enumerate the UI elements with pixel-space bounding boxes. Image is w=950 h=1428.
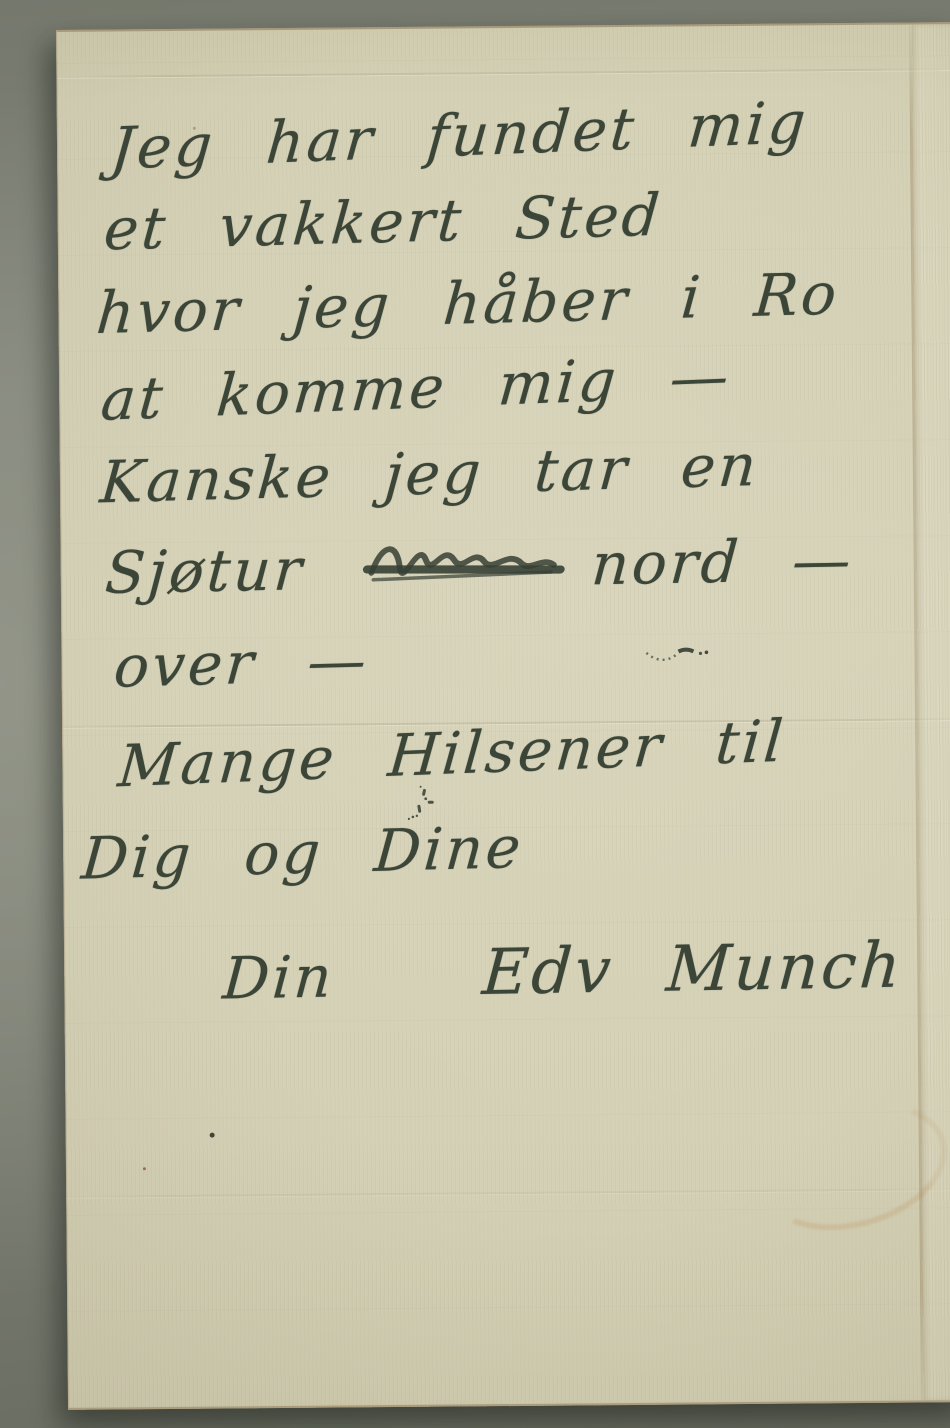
closing-line: DinEdv Munch [220,930,905,1014]
letter-line-4: at komme mig — [98,343,734,434]
word-after-strike: nord — [589,526,856,599]
letter-line-3: hvor jeg håber i Ro [94,261,842,347]
struck-out-word [360,523,571,610]
letter-line-5: Kanske jeg tar en [98,432,762,516]
signature-edvard-munch: Edv Munch [480,929,906,1009]
letter-line-2: et vakkert Sted [102,182,665,263]
closing-word: Din [221,943,337,1013]
letter-line-1: Jeg har fundet mig [108,89,811,182]
handwriting-layer: Jeg har fundet mig et vakkert Sted hvor … [57,24,950,1408]
word-before-strike: Sjøtur [103,535,307,607]
letter-page: Jeg har fundet mig et vakkert Sted hvor … [56,22,950,1410]
photo-backdrop: Jeg har fundet mig et vakkert Sted hvor … [0,0,950,1428]
letter-line-9: Dig og Dine [79,814,526,892]
letter-line-7: over — [112,627,372,700]
letter-line-8: Mange Hilsener til [116,708,789,800]
letter-line-6-with-strikethrough: Sjøtur nord — [103,518,857,615]
